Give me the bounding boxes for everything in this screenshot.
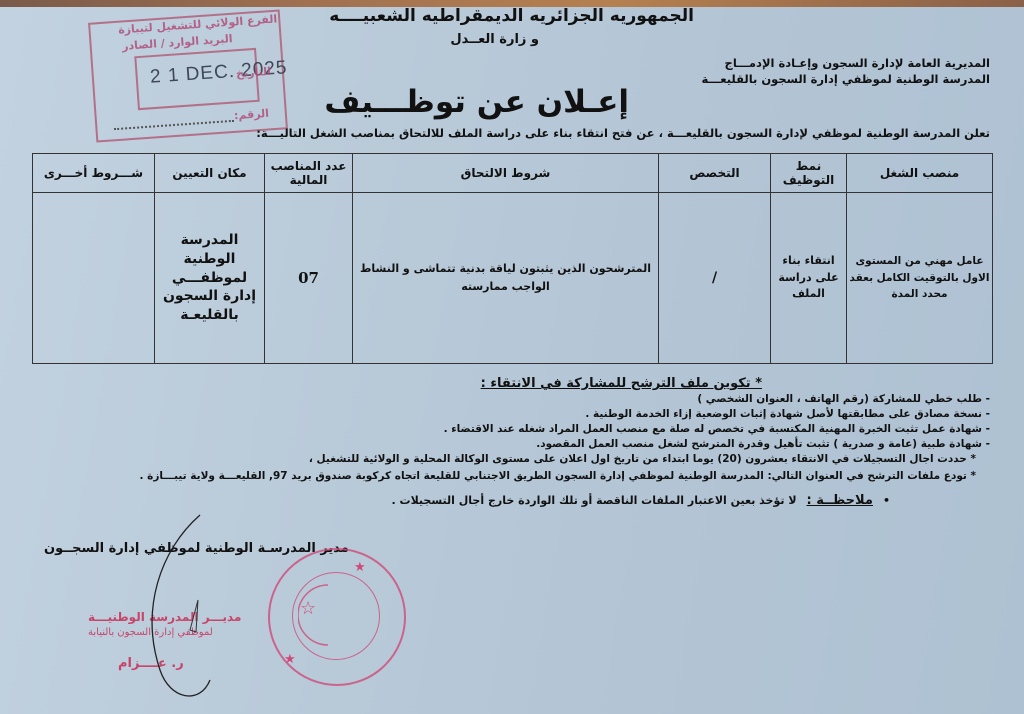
table-header-row: منصب الشغل نمط التوظيف التخصص شروط الالت… bbox=[33, 154, 993, 193]
star-icon: ★ bbox=[354, 560, 366, 575]
cell-mode: انتقاء بناء على دراسة الملف bbox=[771, 193, 847, 364]
bullet-icon: • bbox=[883, 494, 890, 507]
cell-positions: 07 bbox=[265, 193, 353, 364]
intro-text: تعلن المدرسة الوطنية لموظفي لإدارة السجو… bbox=[256, 126, 990, 140]
stamp-number-label: الرقم: bbox=[234, 107, 270, 122]
cell-specialty: / bbox=[659, 193, 771, 364]
republic-heading: الجمهوريه الجزائريه الديمقراطيه الشعبيــ… bbox=[329, 6, 694, 26]
cell-place: المدرسة الوطنية لموظفـــي إدارة السجون ب… bbox=[155, 193, 265, 364]
directorate-general: المديرية العامة لإدارة السجون وإعـادة ال… bbox=[725, 56, 990, 70]
note-line: • ملاحظــة : لا تؤخذ بعين الاعتبار الملف… bbox=[392, 493, 890, 508]
header-job: منصب الشغل bbox=[847, 154, 993, 193]
requirement-item: - شهادة عمل تثبت الخبرة المهنية المكتسبة… bbox=[444, 423, 990, 435]
header-conditions: شروط الالتحاق bbox=[353, 154, 659, 193]
header-place: مكان التعيين bbox=[155, 154, 265, 193]
handwritten-signature-icon bbox=[120, 510, 230, 710]
note-text: لا تؤخذ بعين الاعتبار الملفات الناقصة أو… bbox=[392, 494, 797, 507]
cell-conditions: المترشحون الذين يثبتون لياقة بدنية تتماش… bbox=[353, 193, 659, 364]
requirement-item: - طلب خطي للمشاركة (رقم الهاتف ، العنوان… bbox=[697, 393, 990, 405]
requirement-item: - نسخة مصادق على مطابقتها لأصل شهادة إثب… bbox=[585, 408, 990, 420]
note-label: ملاحظــة : bbox=[807, 493, 873, 508]
ministry-heading: و زارة العــدل bbox=[450, 32, 539, 47]
header-mode: نمط التوظيف bbox=[771, 154, 847, 193]
page-title: إعـلان عن توظـــيف bbox=[324, 84, 629, 120]
crescent-icon bbox=[298, 580, 338, 650]
requirement-item: - شهادة طبية (عامة و صدرية ) تثبت تأهيل … bbox=[536, 438, 990, 450]
table-row: عامل مهني من المستوى الاول بالتوقيت الكا… bbox=[33, 193, 993, 364]
star-icon: ★ bbox=[284, 652, 296, 667]
jobs-table: منصب الشغل نمط التوظيف التخصص شروط الالت… bbox=[32, 153, 993, 364]
cell-job: عامل مهني من المستوى الاول بالتوقيت الكا… bbox=[847, 193, 993, 364]
header-other: شـــروط أخـــرى bbox=[33, 154, 155, 193]
header-specialty: التخصص bbox=[659, 154, 771, 193]
address-text: * تودع ملفات الترشح في العنوان التالي: ا… bbox=[140, 470, 977, 482]
school-name: المدرسة الوطنية لموظفي إدارة السجون بالق… bbox=[701, 72, 990, 86]
stamp-date-label: التاريخ bbox=[236, 65, 272, 80]
cell-other bbox=[33, 193, 155, 364]
deadline-text: * حددت اجال التسجيلات في الانتقاء بعشرون… bbox=[309, 453, 976, 465]
header-positions: عدد المناصب المالية bbox=[265, 154, 353, 193]
requirements-title: * تكوين ملف الترشح للمشاركة في الانتقاء … bbox=[481, 376, 762, 391]
